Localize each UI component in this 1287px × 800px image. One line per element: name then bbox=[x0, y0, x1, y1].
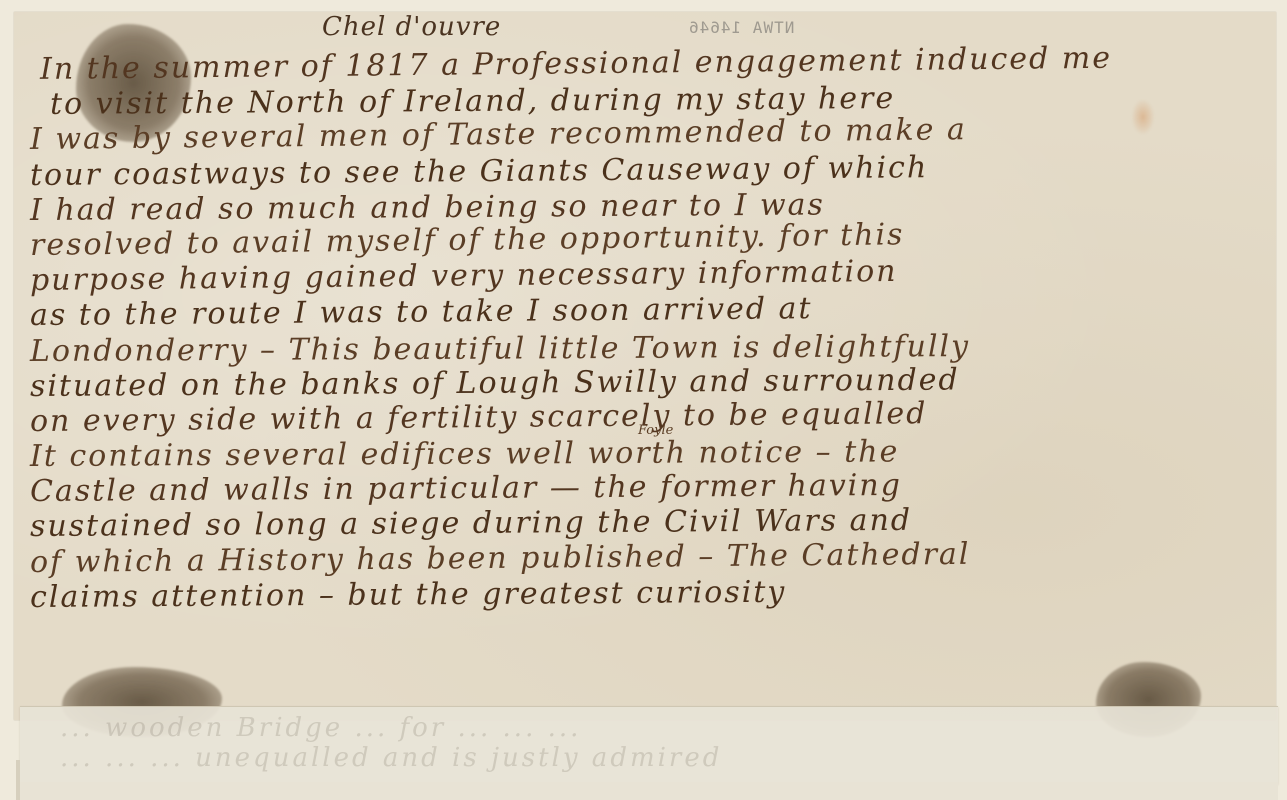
mount-left-edge bbox=[16, 760, 20, 800]
page-heading: Chel d'ouvre bbox=[322, 12, 501, 42]
mount-bottom-strip bbox=[20, 782, 1278, 800]
text-line: claims attention – but the greatest curi… bbox=[30, 571, 1260, 615]
catalog-number-stamp: NTWA 14646 bbox=[688, 18, 794, 37]
interlinear-insertion: Foyle bbox=[638, 423, 673, 438]
covered-text-line: ... wooden Bridge ... for ... ... ... bbox=[20, 713, 1278, 743]
covered-text-line: ... ... ... unequalled and is justly adm… bbox=[20, 743, 1278, 773]
tissue-overlay-strip: ... wooden Bridge ... for ... ... ... ..… bbox=[20, 706, 1278, 784]
handwritten-text-body: In the summer of 1817 a Professional eng… bbox=[30, 52, 1260, 615]
